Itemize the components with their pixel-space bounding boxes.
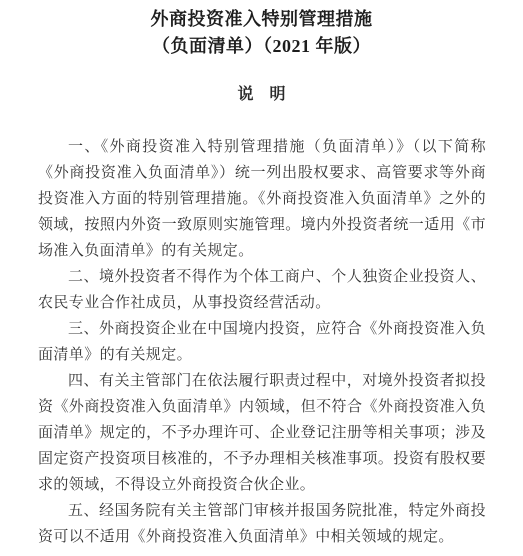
document-body: 一、《外商投资准入特别管理措施（负面清单）》（以下简称《外商投资准入负面清单》）…	[38, 134, 486, 550]
title-line-1: 外商投资准入特别管理措施	[0, 6, 523, 33]
document-title: 外商投资准入特别管理措施 （负面清单）（2021 年版）	[0, 6, 523, 60]
paragraph-5: 五、经国务院有关主管部门审核并报国务院批准，特定外商投资可以不适用《外商投资准入…	[38, 498, 486, 550]
title-line-2: （负面清单）（2021 年版）	[0, 33, 523, 60]
document-page: 外商投资准入特别管理措施 （负面清单）（2021 年版） 说 明 一、《外商投资…	[0, 0, 523, 556]
paragraph-2: 二、境外投资者不得作为个体工商户、个人独资企业投资人、农民专业合作社成员，从事投…	[38, 264, 486, 316]
paragraph-1: 一、《外商投资准入特别管理措施（负面清单）》（以下简称《外商投资准入负面清单》）…	[38, 134, 486, 264]
paragraph-3: 三、外商投资企业在中国境内投资，应符合《外商投资准入负面清单》的有关规定。	[38, 316, 486, 368]
paragraph-4: 四、有关主管部门在依法履行职责过程中，对境外投资者拟投资《外商投资准入负面清单》…	[38, 368, 486, 498]
section-heading: 说 明	[0, 86, 523, 104]
